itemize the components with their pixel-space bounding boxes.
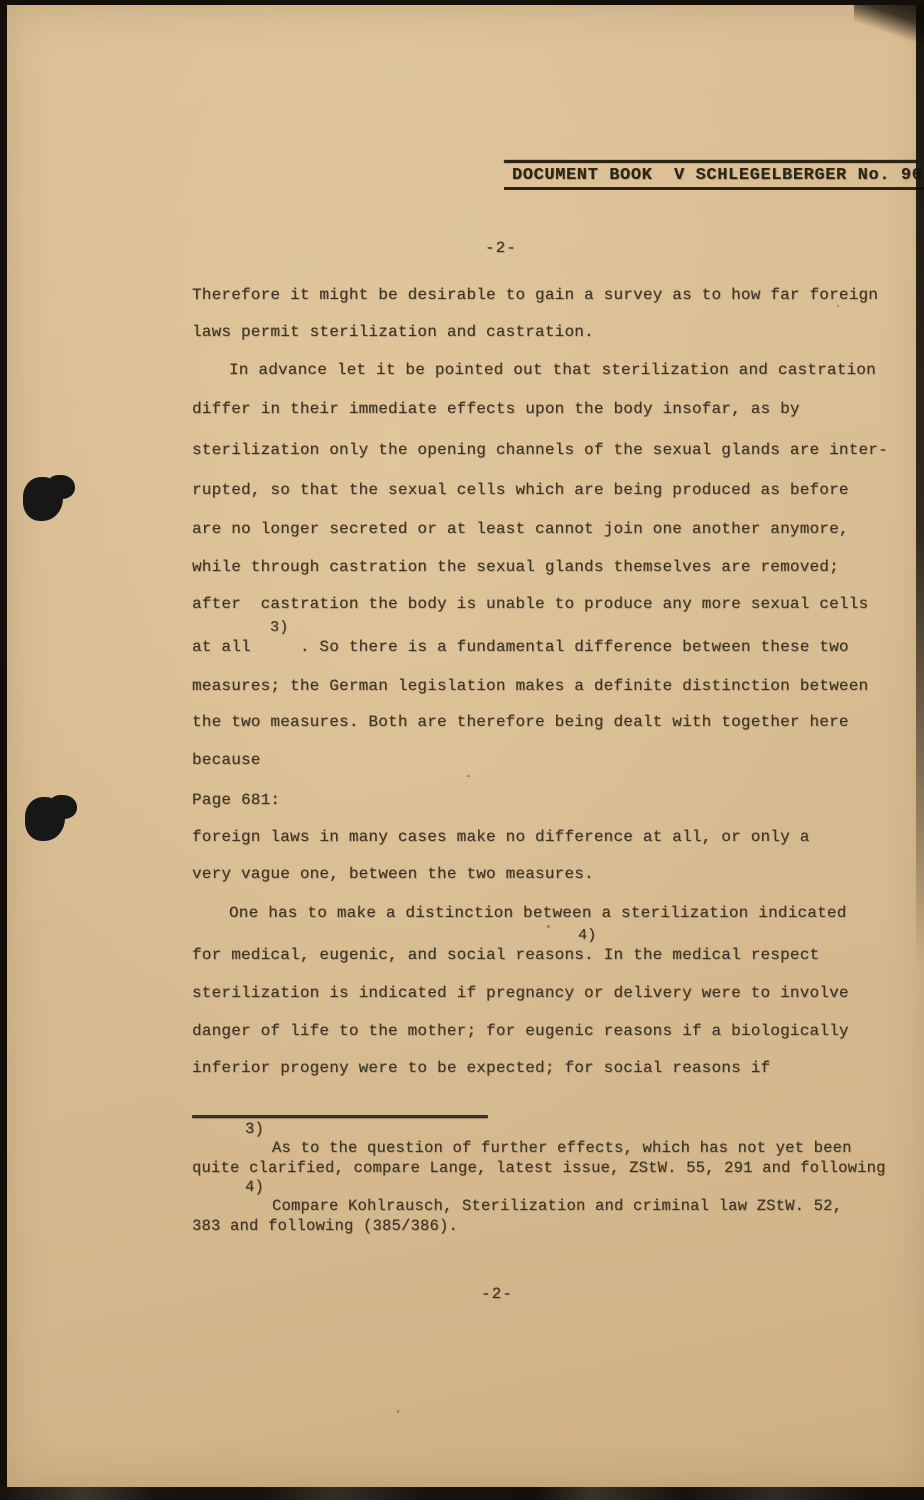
text-line: sterilization is indicated if pregnancy … [192, 984, 849, 1002]
text-line: In advance let it be pointed out that st… [229, 361, 876, 379]
text-line: are no longer secreted or at least canno… [192, 520, 849, 538]
text-line: sterilization only the opening channels … [192, 441, 888, 459]
document-book-header: DOCUMENT BOOK V SCHLEGELBERGER No. 96 [504, 160, 917, 190]
text-line: Therefore it might be desirable to gain … [192, 286, 878, 304]
paper-speck [837, 305, 839, 307]
scan-bottom-edge [0, 1486, 924, 1500]
text-line: Compare Kohlrausch, Sterilization and cr… [272, 1197, 842, 1215]
text-line: measures; the German legislation makes a… [192, 677, 868, 695]
text-line: 383 and following (385/386). [192, 1217, 458, 1235]
text-line: inferior progeny were to be expected; fo… [192, 1059, 770, 1077]
paper-speck [467, 775, 470, 777]
text-line: 4) [245, 1178, 264, 1196]
scan-right-edge [916, 5, 924, 965]
text-line: because [192, 751, 261, 769]
text-line: foreign laws in many cases make no diffe… [192, 828, 810, 846]
ink-blob [49, 795, 77, 819]
footnote-divider-rule [192, 1115, 488, 1118]
text-line: Page 681: [192, 791, 280, 809]
page-number: -2- [481, 1285, 513, 1303]
text-line: 3) [245, 1120, 264, 1138]
text-line: after castration the body is unable to p… [192, 595, 868, 613]
text-line: very vague one, between the two measures… [192, 865, 594, 883]
text-line: differ in their immediate effects upon t… [192, 400, 800, 418]
document-paper: DOCUMENT BOOK V SCHLEGELBERGER No. 96 -2… [7, 5, 924, 1487]
paper-speck [397, 1410, 399, 1413]
punch-hole-mark-bottom [25, 793, 81, 843]
text-line: One has to make a distinction between a … [229, 904, 847, 922]
text-line: the two measures. Both are therefore bei… [192, 713, 849, 731]
scanned-document-page: { "page": { "header_stamp": "DOCUMENT BO… [0, 0, 924, 1500]
header-stamp-text: DOCUMENT BOOK V SCHLEGELBERGER No. 96 [504, 166, 924, 190]
text-line: danger of life to the mother; for eugeni… [192, 1022, 849, 1040]
paper-speck [547, 925, 550, 928]
ink-blob [47, 475, 75, 499]
text-line: As to the question of further effects, w… [272, 1139, 852, 1157]
text-line: 3) [270, 619, 288, 636]
page-number: -2- [485, 239, 517, 257]
header-top-rule [504, 160, 917, 163]
text-line: 4) [578, 927, 596, 944]
text-line: laws permit sterilization and castration… [192, 323, 594, 341]
punch-hole-mark-top [23, 473, 79, 523]
text-line: for medical, eugenic, and social reasons… [192, 946, 819, 964]
text-line: rupted, so that the sexual cells which a… [192, 481, 849, 499]
text-line: at all . So there is a fundamental diffe… [192, 638, 849, 656]
text-line: quite clarified, compare Lange, latest i… [192, 1159, 886, 1177]
text-line: while through castration the sexual glan… [192, 558, 839, 576]
scan-corner-shadow [854, 5, 924, 47]
